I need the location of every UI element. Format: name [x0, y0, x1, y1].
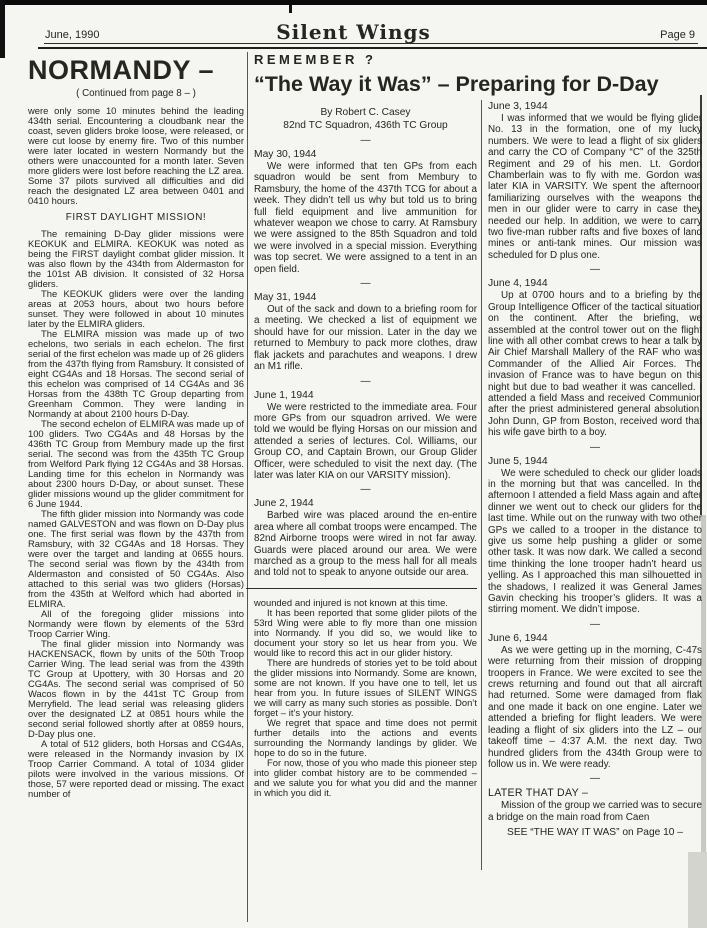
article-paragraph: We regret that space and time does not p…: [254, 718, 477, 758]
way-it-was-header: REMEMBER ? “The Way it Was” – Preparing …: [254, 52, 706, 97]
entry-text: Out of the sack and down to a briefing r…: [254, 304, 477, 372]
byline-author: By Robert C. Casey: [254, 106, 477, 119]
separator-dash: —: [488, 775, 702, 783]
diary-entry: May 30, 1944 We were informed that ten G…: [254, 149, 477, 288]
separator-dash: —: [254, 280, 477, 288]
header-rule-thin: [44, 43, 698, 44]
entry-date: June 1, 1944: [254, 390, 477, 401]
normandy-title: NORMANDY –: [28, 57, 244, 84]
separator-dash: —: [488, 266, 702, 274]
way-it-was-column-2: June 3, 1944 I was informed that we woul…: [488, 98, 702, 838]
entry-date: June 3, 1944: [488, 101, 702, 112]
entry-text: We were restricted to the immediate area…: [254, 402, 477, 482]
way-it-was-column-1: By Robert C. Casey 82nd TC Squadron, 436…: [254, 106, 477, 798]
byline-unit: 82nd TC Squadron, 436th TC Group: [254, 119, 477, 132]
diary-entry: June 3, 1944 I was informed that we woul…: [488, 101, 702, 274]
later-that-day-heading: LATER THAT DAY –: [488, 787, 702, 799]
page-number: Page 9: [660, 29, 695, 41]
entry-date: June 4, 1944: [488, 278, 702, 289]
article-paragraph: It has been reported that some glider pi…: [254, 608, 477, 658]
separator-dash: —: [254, 137, 477, 145]
separator-dash: —: [254, 486, 477, 494]
entry-text: As we were getting up in the morning, C-…: [488, 645, 702, 770]
continued-on-note: SEE “THE WAY IT WAS” on Page 10 –: [488, 827, 702, 838]
normandy-article: NORMANDY – ( Continued from page 8 – ) w…: [28, 55, 244, 799]
article-paragraph: The ELMIRA mission was made up of two ec…: [28, 329, 244, 419]
entry-date: June 5, 1944: [488, 456, 702, 467]
diary-entry: June 2, 1944 Barbed wire was placed arou…: [254, 498, 477, 578]
article-paragraph: For now, those of you who made this pion…: [254, 758, 477, 798]
article-paragraph: The second echelon of ELMIRA was made up…: [28, 419, 244, 509]
later-that-day-text: Mission of the group we carried was to s…: [488, 800, 702, 823]
column-divider-left: [247, 52, 248, 922]
column-divider-right: [481, 100, 482, 870]
separator-dash: —: [488, 444, 702, 452]
masthead-title: Silent Wings: [0, 20, 707, 44]
entry-text: I was informed that we would be flying g…: [488, 113, 702, 261]
entry-text: We were informed that ten GPs from each …: [254, 161, 477, 275]
header-rule-thick: [38, 47, 707, 49]
entry-date: May 31, 1944: [254, 292, 477, 303]
separator-dash: —: [254, 378, 477, 386]
diary-entry: June 5, 1944 We were scheduled to check …: [488, 456, 702, 629]
newspaper-page: June, 1990 Silent Wings Page 9 NORMANDY …: [0, 0, 707, 928]
diary-entry: June 4, 1944 Up at 0700 hours and to a b…: [488, 278, 702, 451]
diary-entry: June 1, 1944 We were restricted to the i…: [254, 390, 477, 495]
section-rule: [246, 588, 477, 589]
scan-corner-patch: [688, 852, 707, 928]
scan-mark: [289, 5, 292, 13]
article-paragraph: were only some 10 minutes behind the lea…: [28, 106, 244, 206]
entry-text: Up at 0700 hours and to a briefing by th…: [488, 290, 702, 438]
scan-edge-top: [0, 0, 707, 5]
article-paragraph: The final glider mission into Normandy w…: [28, 639, 244, 739]
separator-dash: —: [488, 621, 702, 629]
article-headline: “The Way it Was” – Preparing for D-Day: [254, 72, 706, 97]
article-paragraph: The fifth glider mission into Normandy w…: [28, 509, 244, 609]
article-paragraph: A total of 512 gliders, both Horsas and …: [28, 739, 244, 799]
diary-entry: June 6, 1944 As we were getting up in th…: [488, 633, 702, 783]
entry-date: May 30, 1944: [254, 149, 477, 160]
entry-date: June 6, 1944: [488, 633, 702, 644]
entry-text: Barbed wire was placed around the en-ent…: [254, 510, 477, 578]
entry-text: We were scheduled to check our glider lo…: [488, 468, 702, 616]
diary-entry: May 31, 1944 Out of the sack and down to…: [254, 292, 477, 385]
article-paragraph: There are hundreds of stories yet to be …: [254, 658, 477, 718]
entry-date: June 2, 1944: [254, 498, 477, 509]
continued-from-note: ( Continued from page 8 – ): [28, 88, 244, 99]
article-paragraph: All of the foregoing glider missions int…: [28, 609, 244, 639]
article-paragraph: The remaining D-Day glider missions were…: [28, 229, 244, 289]
kicker: REMEMBER ?: [254, 52, 706, 67]
article-paragraph: The KEOKUK gliders were over the landing…: [28, 289, 244, 329]
section-subhead: FIRST DAYLIGHT MISSION!: [28, 212, 244, 223]
